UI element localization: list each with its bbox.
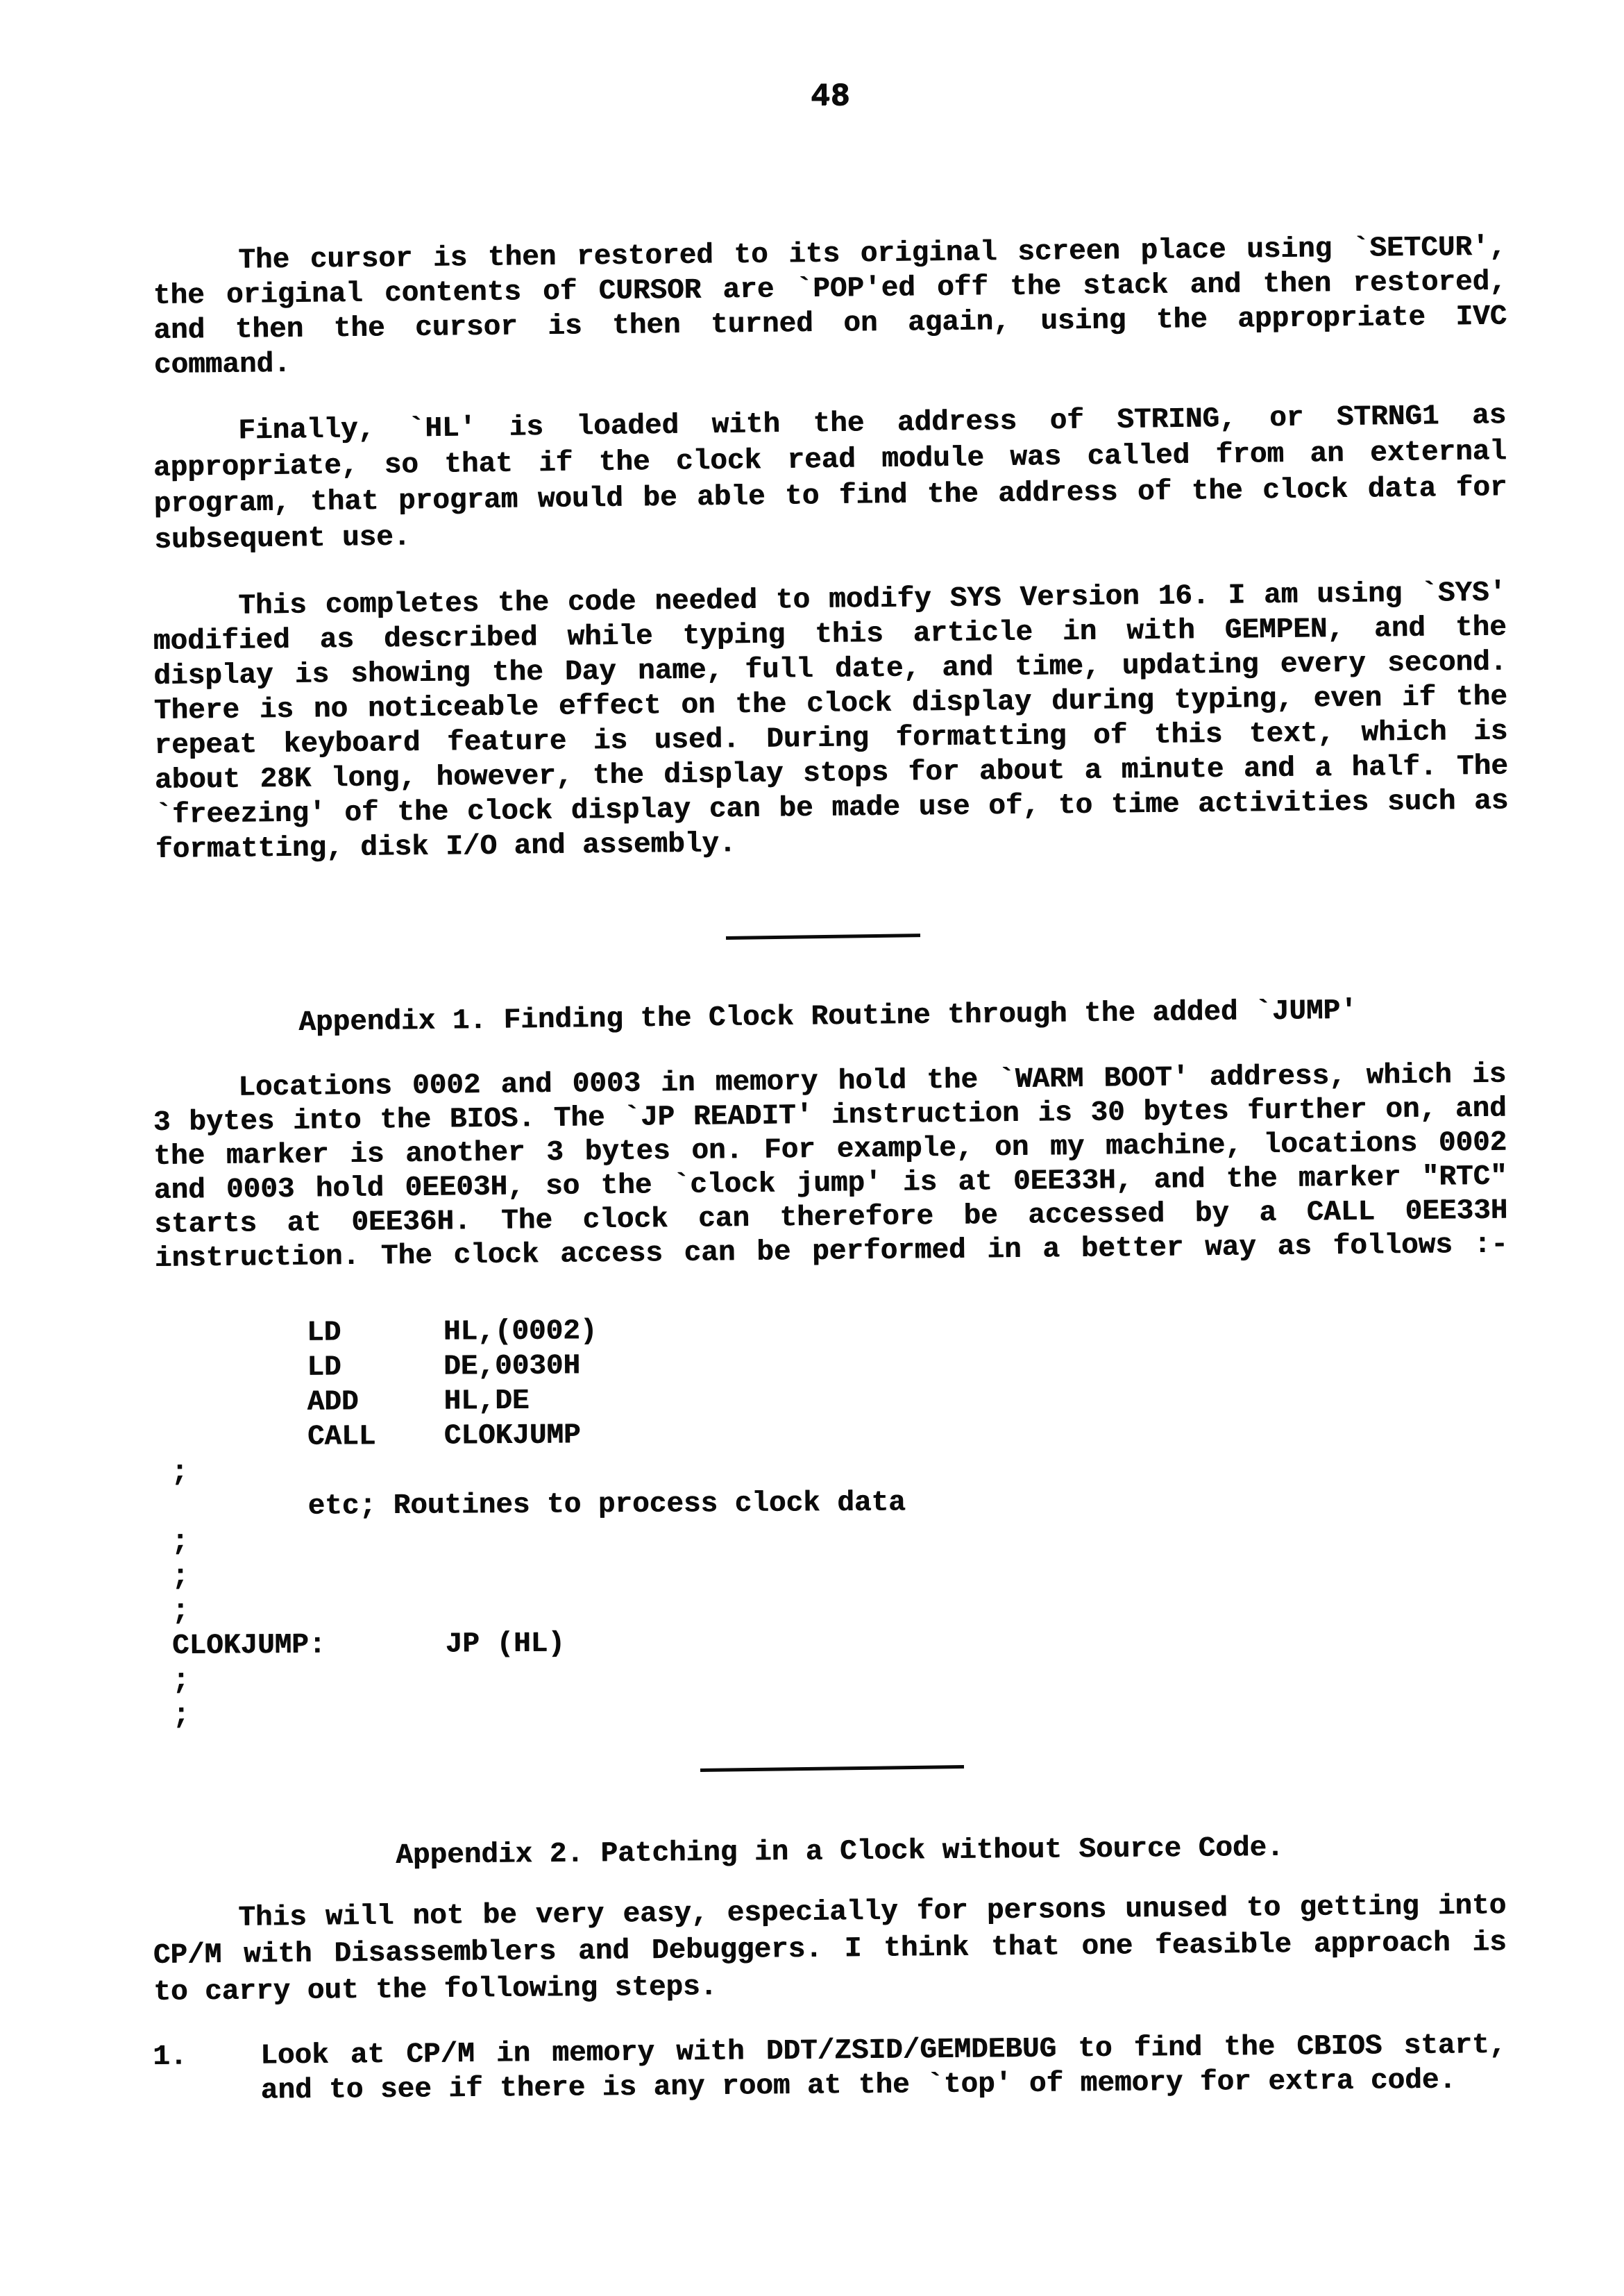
list-item-number: 1. xyxy=(153,2040,187,2075)
list-item: 1. Look at CP/M in memory with DDT/ZSID/… xyxy=(153,2028,1507,2109)
code-line: CLOKJUMP: JP (HL) xyxy=(172,1625,906,1664)
code-line: ; xyxy=(171,1555,906,1594)
paragraph-hl-loaded: Finally, `HL' is loaded with the address… xyxy=(153,398,1507,559)
code-line: CALL CLOKJUMP xyxy=(171,1417,905,1455)
assembly-code-listing: LD HL,(0002) LD DE,0030H ADD HL,DE CALL … xyxy=(170,1312,907,1733)
paragraph-sys-modified: This completes the code needed to modify… xyxy=(153,576,1509,868)
appendix-1-heading: Appendix 1. Finding the Clock Routine th… xyxy=(298,994,1357,1040)
code-line: ADD HL,DE xyxy=(171,1382,905,1421)
code-line: ; xyxy=(172,1694,906,1733)
section-divider xyxy=(700,1765,964,1772)
code-line: LD DE,0030H xyxy=(170,1347,904,1386)
code-line: ; xyxy=(171,1521,906,1560)
paragraph-cursor-restore: The cursor is then restored to its origi… xyxy=(153,230,1507,383)
appendix-2-paragraph: This will not be very easy, especially f… xyxy=(153,1888,1507,2011)
code-line: ; xyxy=(171,1451,905,1490)
code-line: ; xyxy=(172,1660,906,1698)
appendix-1-paragraph: Locations 0002 and 0003 in memory hold t… xyxy=(153,1058,1508,1276)
scanned-document-page: 48 The cursor is then restored to its or… xyxy=(0,0,1624,2296)
code-line: etc; Routines to process clock data xyxy=(171,1486,906,1525)
page-number: 48 xyxy=(811,81,850,112)
appendix-2-heading: Appendix 2. Patching in a Clock without … xyxy=(396,1831,1284,1873)
code-line: LD HL,(0002) xyxy=(170,1312,904,1351)
section-divider xyxy=(726,934,920,940)
code-line: ; xyxy=(171,1590,906,1629)
